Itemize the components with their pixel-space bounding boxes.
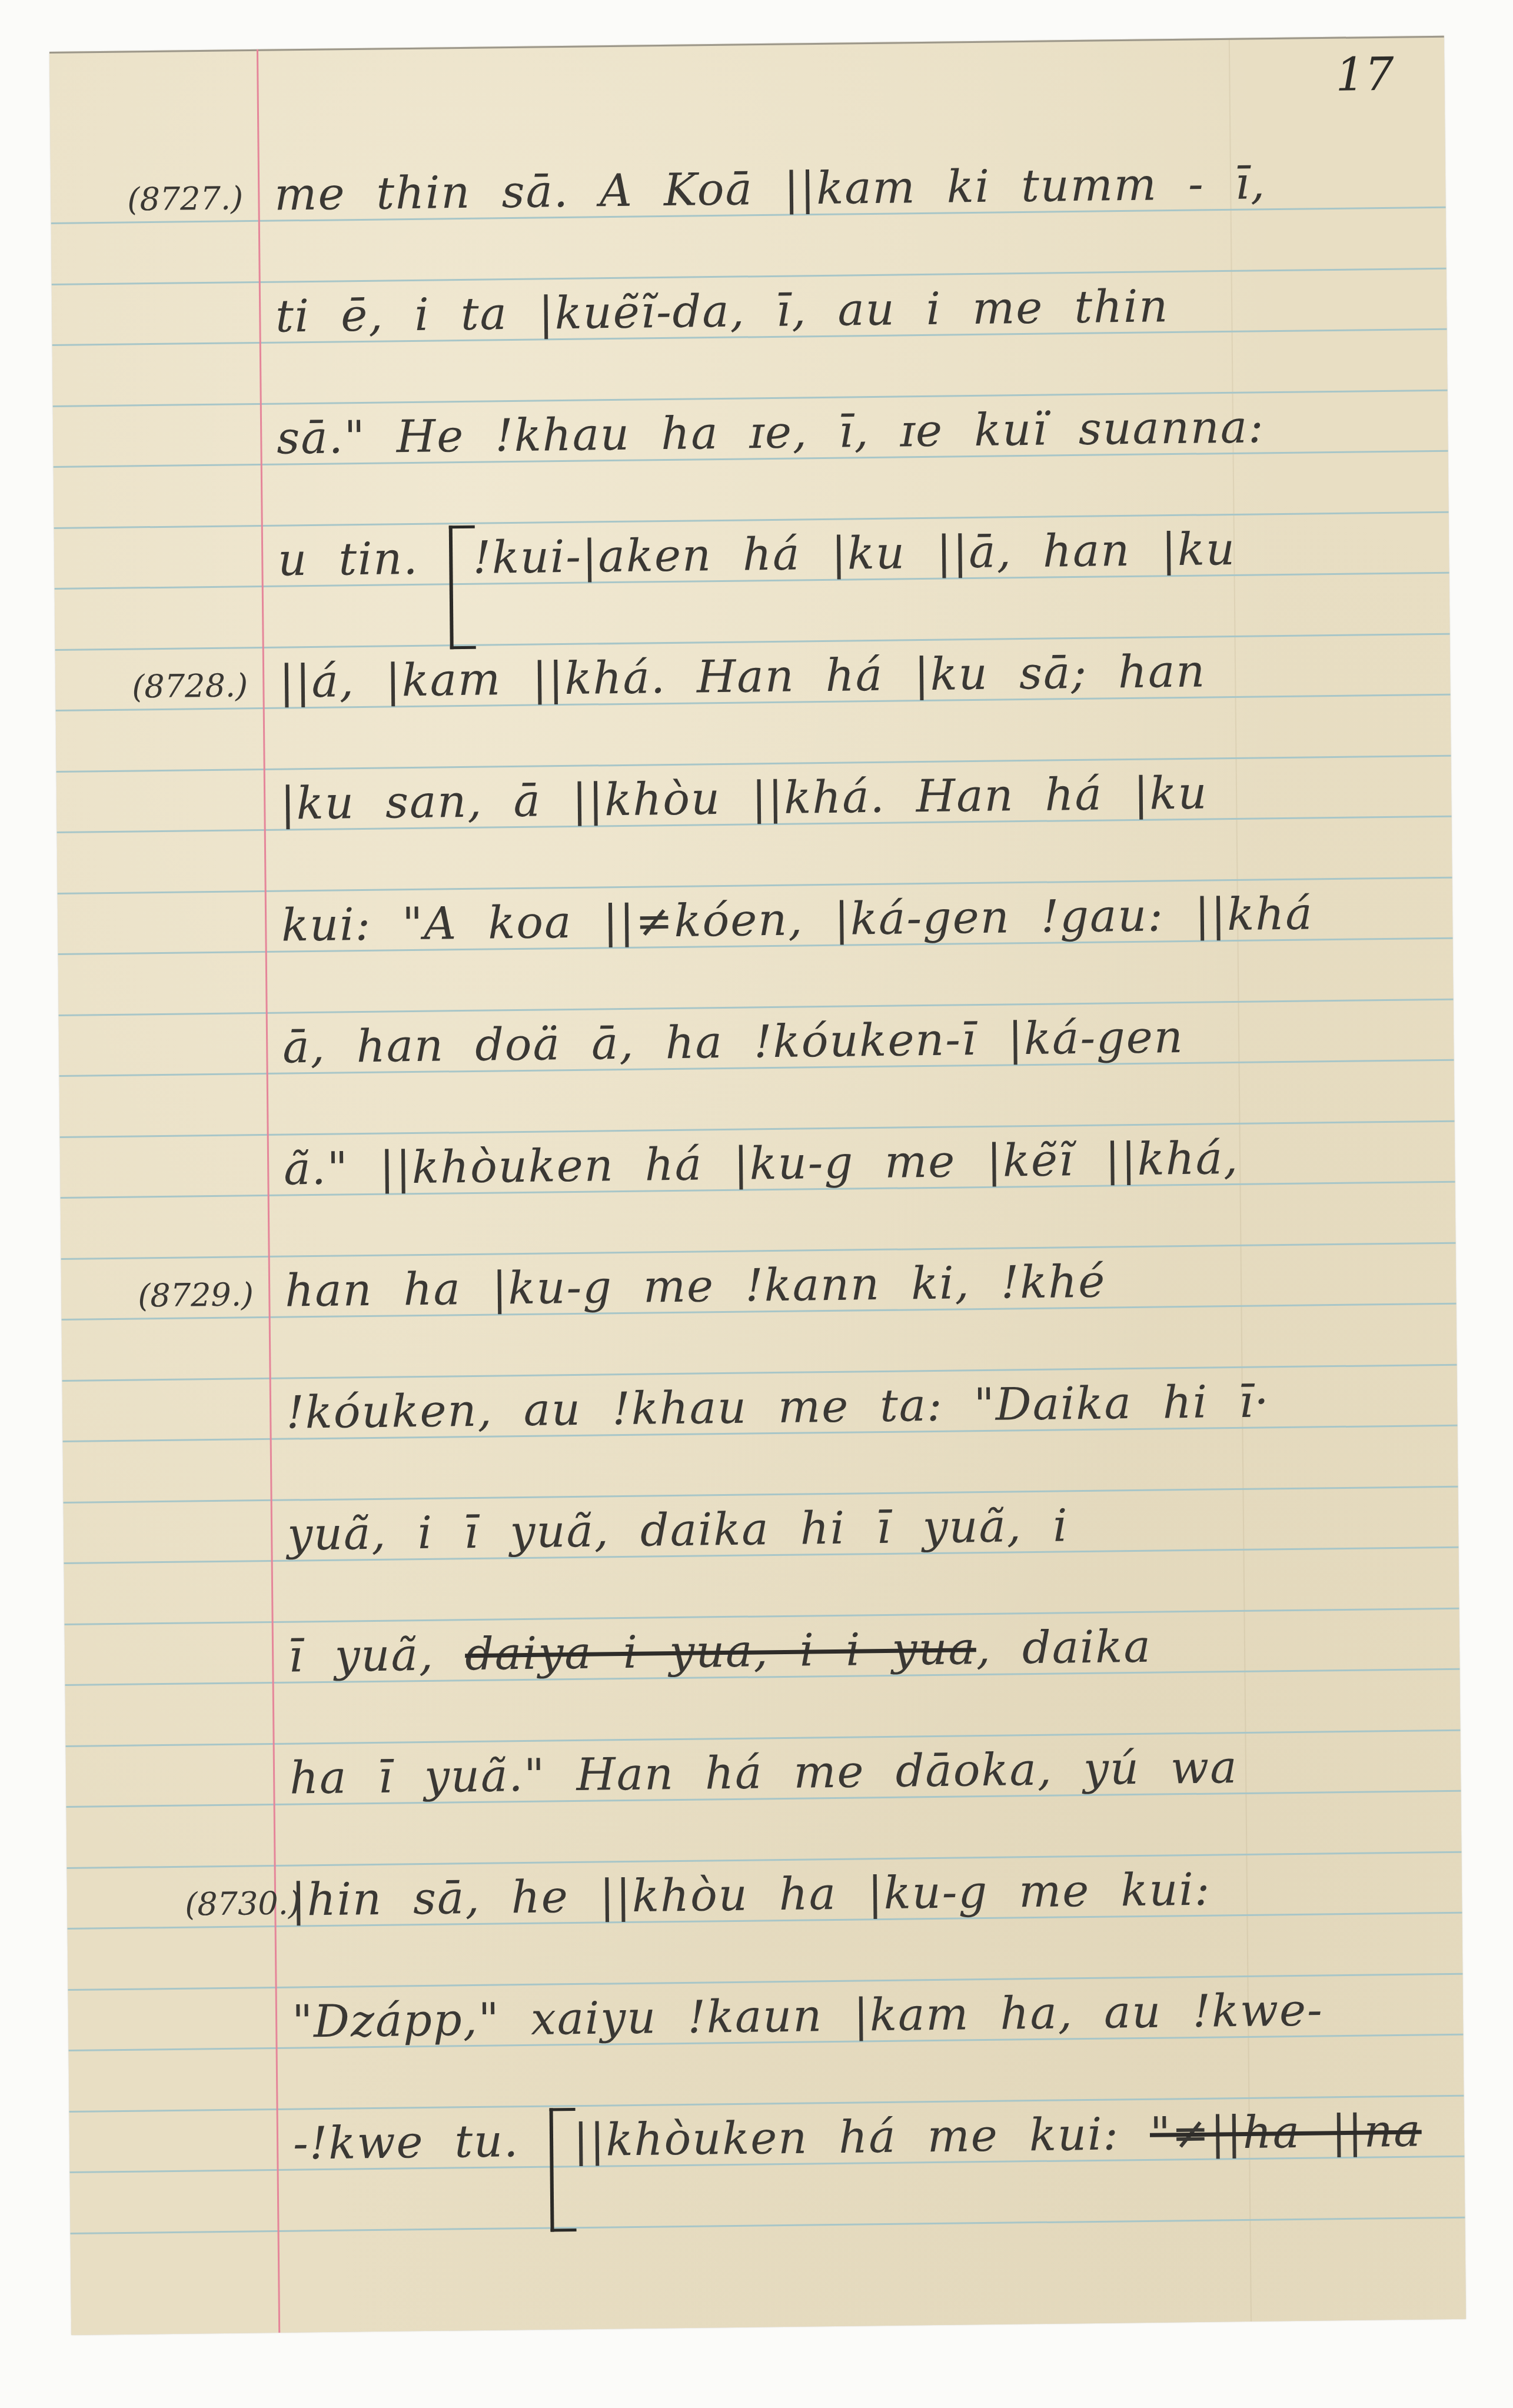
manuscript-line: ā, han doä ā, ha !kóuken-ī |ká-gen	[282, 990, 1436, 1092]
line-text: -!kwe tu.	[293, 2114, 550, 2170]
entry-number: (8727.)	[127, 154, 244, 244]
manuscript-line: han ha |ku-g me !kann ki, !khé	[284, 1233, 1438, 1335]
line-text: , daika	[976, 1620, 1152, 1674]
line-text: |hin sā, he ||khòu ha |ku-g me kui:	[291, 1863, 1211, 1926]
margin-line	[257, 49, 280, 2333]
struck-text: daiya i yua, i i yua	[465, 1622, 977, 1680]
insertion-bracket	[449, 525, 476, 650]
manuscript-line: "Dzápp," xaiyu !kaun |kam ha, au !kwe-	[291, 1964, 1445, 2066]
manuscript-line: me thin sā. A Koā ||kam ki tumm - ī,	[274, 137, 1428, 239]
line-text: sā." He !khau ha ɪe, ī, ɪe kuï suanna:	[277, 400, 1265, 464]
manuscript-line: ī yuã, daiya i yua, i i yua, daika	[288, 1599, 1442, 1701]
line-text: "Dzápp," xaiyu !kaun |kam ha, au !kwe-	[292, 1983, 1324, 2047]
line-text: ī yuã,	[288, 1628, 465, 1682]
line-text: han ha |ku-g me !kann ki, !khé	[285, 1255, 1106, 1317]
line-text: ā, han doä ā, ha !kóuken-ī |ká-gen	[282, 1010, 1184, 1073]
line-text: u tin.	[278, 531, 450, 586]
manuscript-line: ã." ||khòuken há |ku-g me |kẽĩ ||khá,	[284, 1112, 1438, 1213]
manuscript-line: |ku san, ā ||khòu ||khá. Han há |ku	[280, 746, 1434, 848]
manuscript-line: u tin. !kui-|aken há |ku ||ā, han |ku	[278, 503, 1432, 604]
line-text: yuã, i ī yuã, daika hi ī yuã, i	[287, 1499, 1069, 1560]
manuscript-line: ti ē, i ta |kuẽĩ-da, ī, au i me thin	[275, 259, 1429, 361]
bracketed-text: !kui-|aken há |ku ||ā, han |ku	[449, 523, 1236, 584]
bracketed-text: ||khòuken há me kui:	[550, 2107, 1150, 2167]
manuscript-page: 17 (8727.)(8728.)(8729.)(8730.) me thin …	[49, 36, 1466, 2335]
entry-number: (8730.)	[185, 1859, 301, 1948]
insertion-bracket	[550, 2108, 577, 2232]
manuscript-line: sā." He !khau ha ɪe, ī, ɪe kuï suanna:	[277, 381, 1431, 483]
line-text: kui: "A koa ||≠kóen, |ká-gen !gau: ||khá	[281, 887, 1314, 951]
line-text: !kóuken, au !khau me ta: "Daika hi ī·	[286, 1375, 1270, 1438]
manuscript-line: yuã, i ī yuã, daika hi ī yuã, i	[287, 1477, 1441, 1579]
manuscript-line: kui: "A koa ||≠kóen, |ká-gen !gau: ||khá	[281, 868, 1435, 970]
entry-number: (8729.)	[138, 1250, 254, 1340]
line-text: me thin sā. A Koā ||kam ki tumm - ī,	[274, 157, 1266, 220]
page-number: 17	[1335, 48, 1394, 102]
manuscript-line: !kóuken, au !khau me ta: "Daika hi ī·	[285, 1355, 1439, 1457]
manuscript-line: ha ī yuã." Han há me dāoka, yú wa	[289, 1721, 1443, 1822]
line-text: ti ē, i ta |kuẽĩ-da, ī, au i me thin	[275, 280, 1169, 342]
entry-number: (8728.)	[132, 641, 248, 731]
paper-edge	[49, 36, 1444, 54]
line-text: ha ī yuã." Han há me dāoka, yú wa	[290, 1741, 1238, 1804]
line-text: |ku san, ā ||khòu ||khá. Han há |ku	[280, 766, 1208, 829]
manuscript-line: |hin sā, he ||khòu ha |ku-g me kui:	[290, 1842, 1444, 1944]
line-text: ||á, |kam ||khá. Han há |ku sā; han	[279, 644, 1206, 707]
ruled-line	[71, 2216, 1465, 2234]
manuscript-line: ||á, |kam ||khá. Han há |ku sā; han	[279, 624, 1433, 726]
line-text: ã." ||khòuken há |ku-g me |kẽĩ ||khá,	[284, 1132, 1239, 1195]
manuscript-line: -!kwe tu. ||khòuken há me kui: "≠||ha ||…	[292, 2086, 1447, 2188]
struck-text: "≠||ha ||na	[1150, 2104, 1422, 2160]
